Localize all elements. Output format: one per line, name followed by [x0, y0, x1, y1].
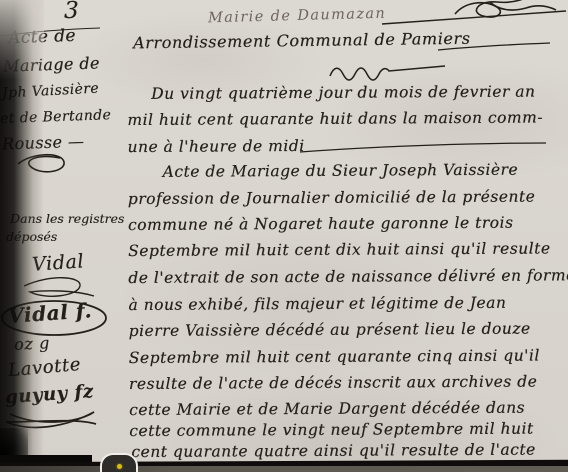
gutter-fade [0, 0, 44, 80]
body-line: de l'extrait de son acte de naissance dé… [128, 266, 568, 287]
body-line: pierre Vaissière décédé au présent lieu … [129, 319, 531, 339]
body-line: mil huit cent quarante huit dans la mais… [127, 108, 543, 129]
body-line: une à l'heure de midi [127, 137, 304, 156]
body-line: Septembre mil huit cent dix huit ainsi q… [128, 239, 550, 260]
body-line: resulte de l'acte de décés inscrit aux a… [129, 372, 537, 392]
body-line: Du vingt quatrième jour du mois de fevri… [151, 82, 535, 102]
body-line: à nous exhibé, fils majeur et légitime d… [128, 294, 506, 314]
star-icon [117, 464, 122, 469]
act-body-text: Du vingt quatrième jour du mois de fevri… [0, 0, 568, 472]
body-line: Acte de Mariage du Sieur Joseph Vaissièr… [163, 161, 519, 181]
body-line: profession de Journalier domicilié de la… [128, 187, 536, 207]
table-background-strip [0, 466, 568, 472]
body-line: cent quarante quatre ainsi qu'il resulte… [131, 440, 535, 460]
body-line: cette Mairie et de Marie Dargent décédée… [129, 399, 525, 419]
bookmark-button[interactable] [100, 453, 138, 472]
register-page-scan: Mairie de Daumazan Arrondissement Commun… [0, 0, 568, 472]
body-line: Septembre mil huit cent quarante cinq ai… [129, 346, 540, 367]
body-line: cette commune le vingt neuf Septembre mi… [129, 419, 534, 439]
body-line: commune né à Nogaret haute garonne le tr… [128, 214, 514, 234]
